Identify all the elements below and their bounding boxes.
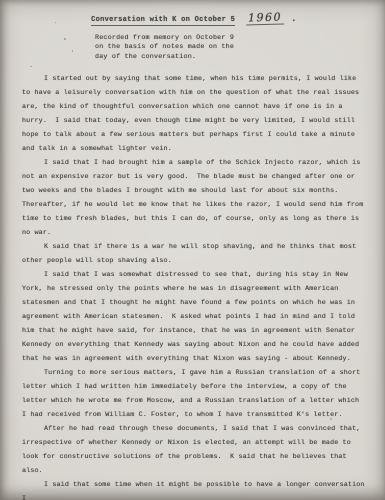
document-title: Conversation with K on October 5 1960 . — [22, 11, 366, 25]
title-handwritten-year: 1960 — [245, 11, 283, 26]
paragraph-5: Turning to more serious matters, I gave … — [22, 366, 366, 422]
paragraph-1: I started out by saying that some time, … — [22, 72, 366, 156]
title-typed-text: Conversation with K on October 5 — [91, 16, 235, 26]
paragraph-7: I said that some time when it might be p… — [22, 478, 366, 500]
note-line-3: day of the conversation. — [95, 53, 366, 62]
scanned-memo-page: Conversation with K on October 5 1960 . … — [0, 0, 385, 500]
paragraph-2: I said that I had brought him a sample o… — [22, 156, 366, 240]
memo-body: I started out by saying that some time, … — [22, 72, 366, 500]
paragraph-4: I said that I was somewhat distressed to… — [22, 268, 366, 366]
paragraph-6: After he had read through these document… — [22, 422, 366, 478]
recording-note: Recorded from memory on October 9 on the… — [95, 34, 366, 62]
title-period: . — [291, 14, 297, 24]
page-content: Conversation with K on October 5 1960 . … — [0, 0, 385, 500]
paragraph-3: K said that if there is a war he will st… — [22, 240, 366, 268]
note-line-1: Recorded from memory on October 9 — [95, 34, 366, 43]
note-line-2: on the basis of notes made on the — [95, 43, 366, 52]
